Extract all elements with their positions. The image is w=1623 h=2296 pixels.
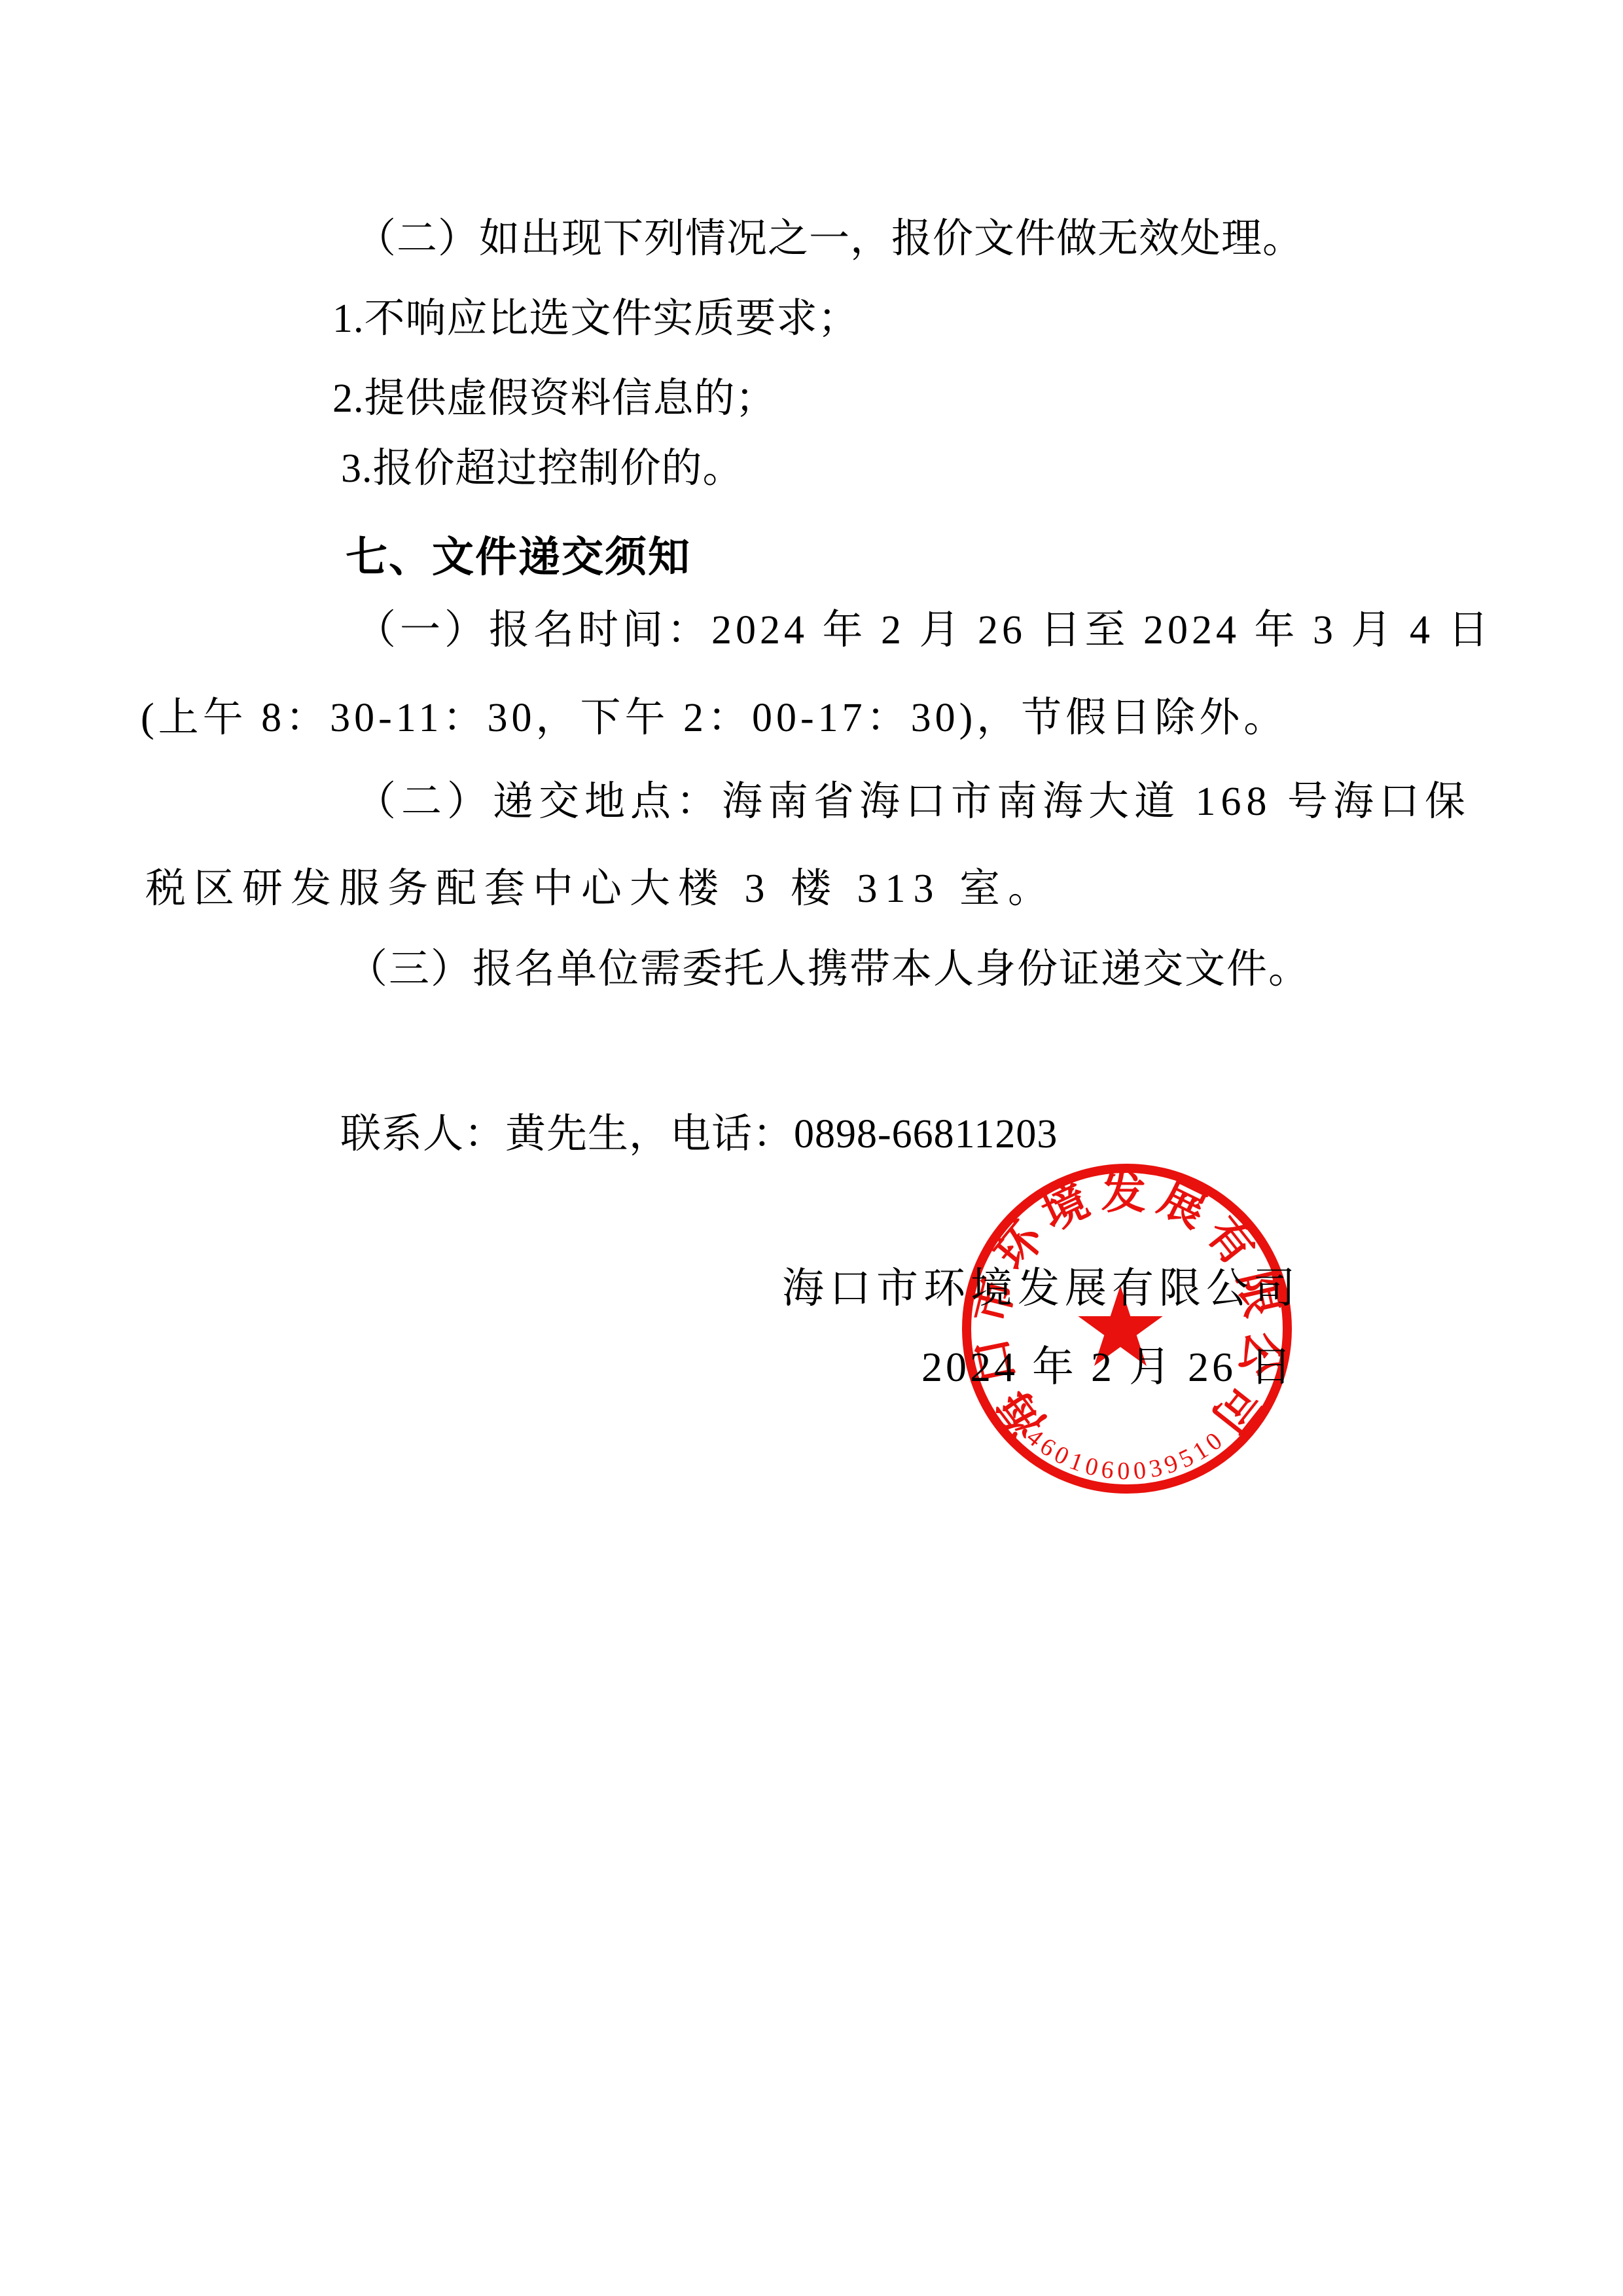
paragraph-registration-time: （一）报名时间：2024 年 2 月 26 日至 2024 年 3 月 4 日 xyxy=(355,607,1493,654)
paragraph-submission-address: （二）递交地点：海南省海口市南海大道 168 号海口保 xyxy=(355,779,1471,825)
section-heading-submission-notes: 七、文件递交须知 xyxy=(346,533,691,582)
list-item-2: 2.提供虚假资料信息的； xyxy=(332,376,777,422)
paragraph-id-requirement: （三）报名单位需委托人携带本人身份证递交文件。 xyxy=(347,946,1310,993)
paragraph-invalid-handling-intro: （二）如出现下列情况之一，报价文件做无效处理。 xyxy=(355,216,1304,262)
seal-star-icon xyxy=(1078,1285,1162,1366)
contact-info: 联系人：黄先生，电话：0898-66811203 xyxy=(340,1111,1058,1158)
list-item-1: 1.不响应比选文件实质要求； xyxy=(332,296,859,342)
company-seal: 海口市环境发展有限公司 4601060039510 xyxy=(957,1158,1297,1499)
document-page: （二）如出现下列情况之一，报价文件做无效处理。 1.不响应比选文件实质要求； 2… xyxy=(0,0,1623,2296)
paragraph-submission-address-continued: 税区研发服务配套中心大楼 3 楼 313 室。 xyxy=(145,866,1056,912)
paragraph-registration-time-continued: (上午 8：30-11：30，下午 2：00-17：30)，节假日除外。 xyxy=(141,695,1288,742)
list-item-3: 3.报价超过控制价的。 xyxy=(341,446,744,492)
